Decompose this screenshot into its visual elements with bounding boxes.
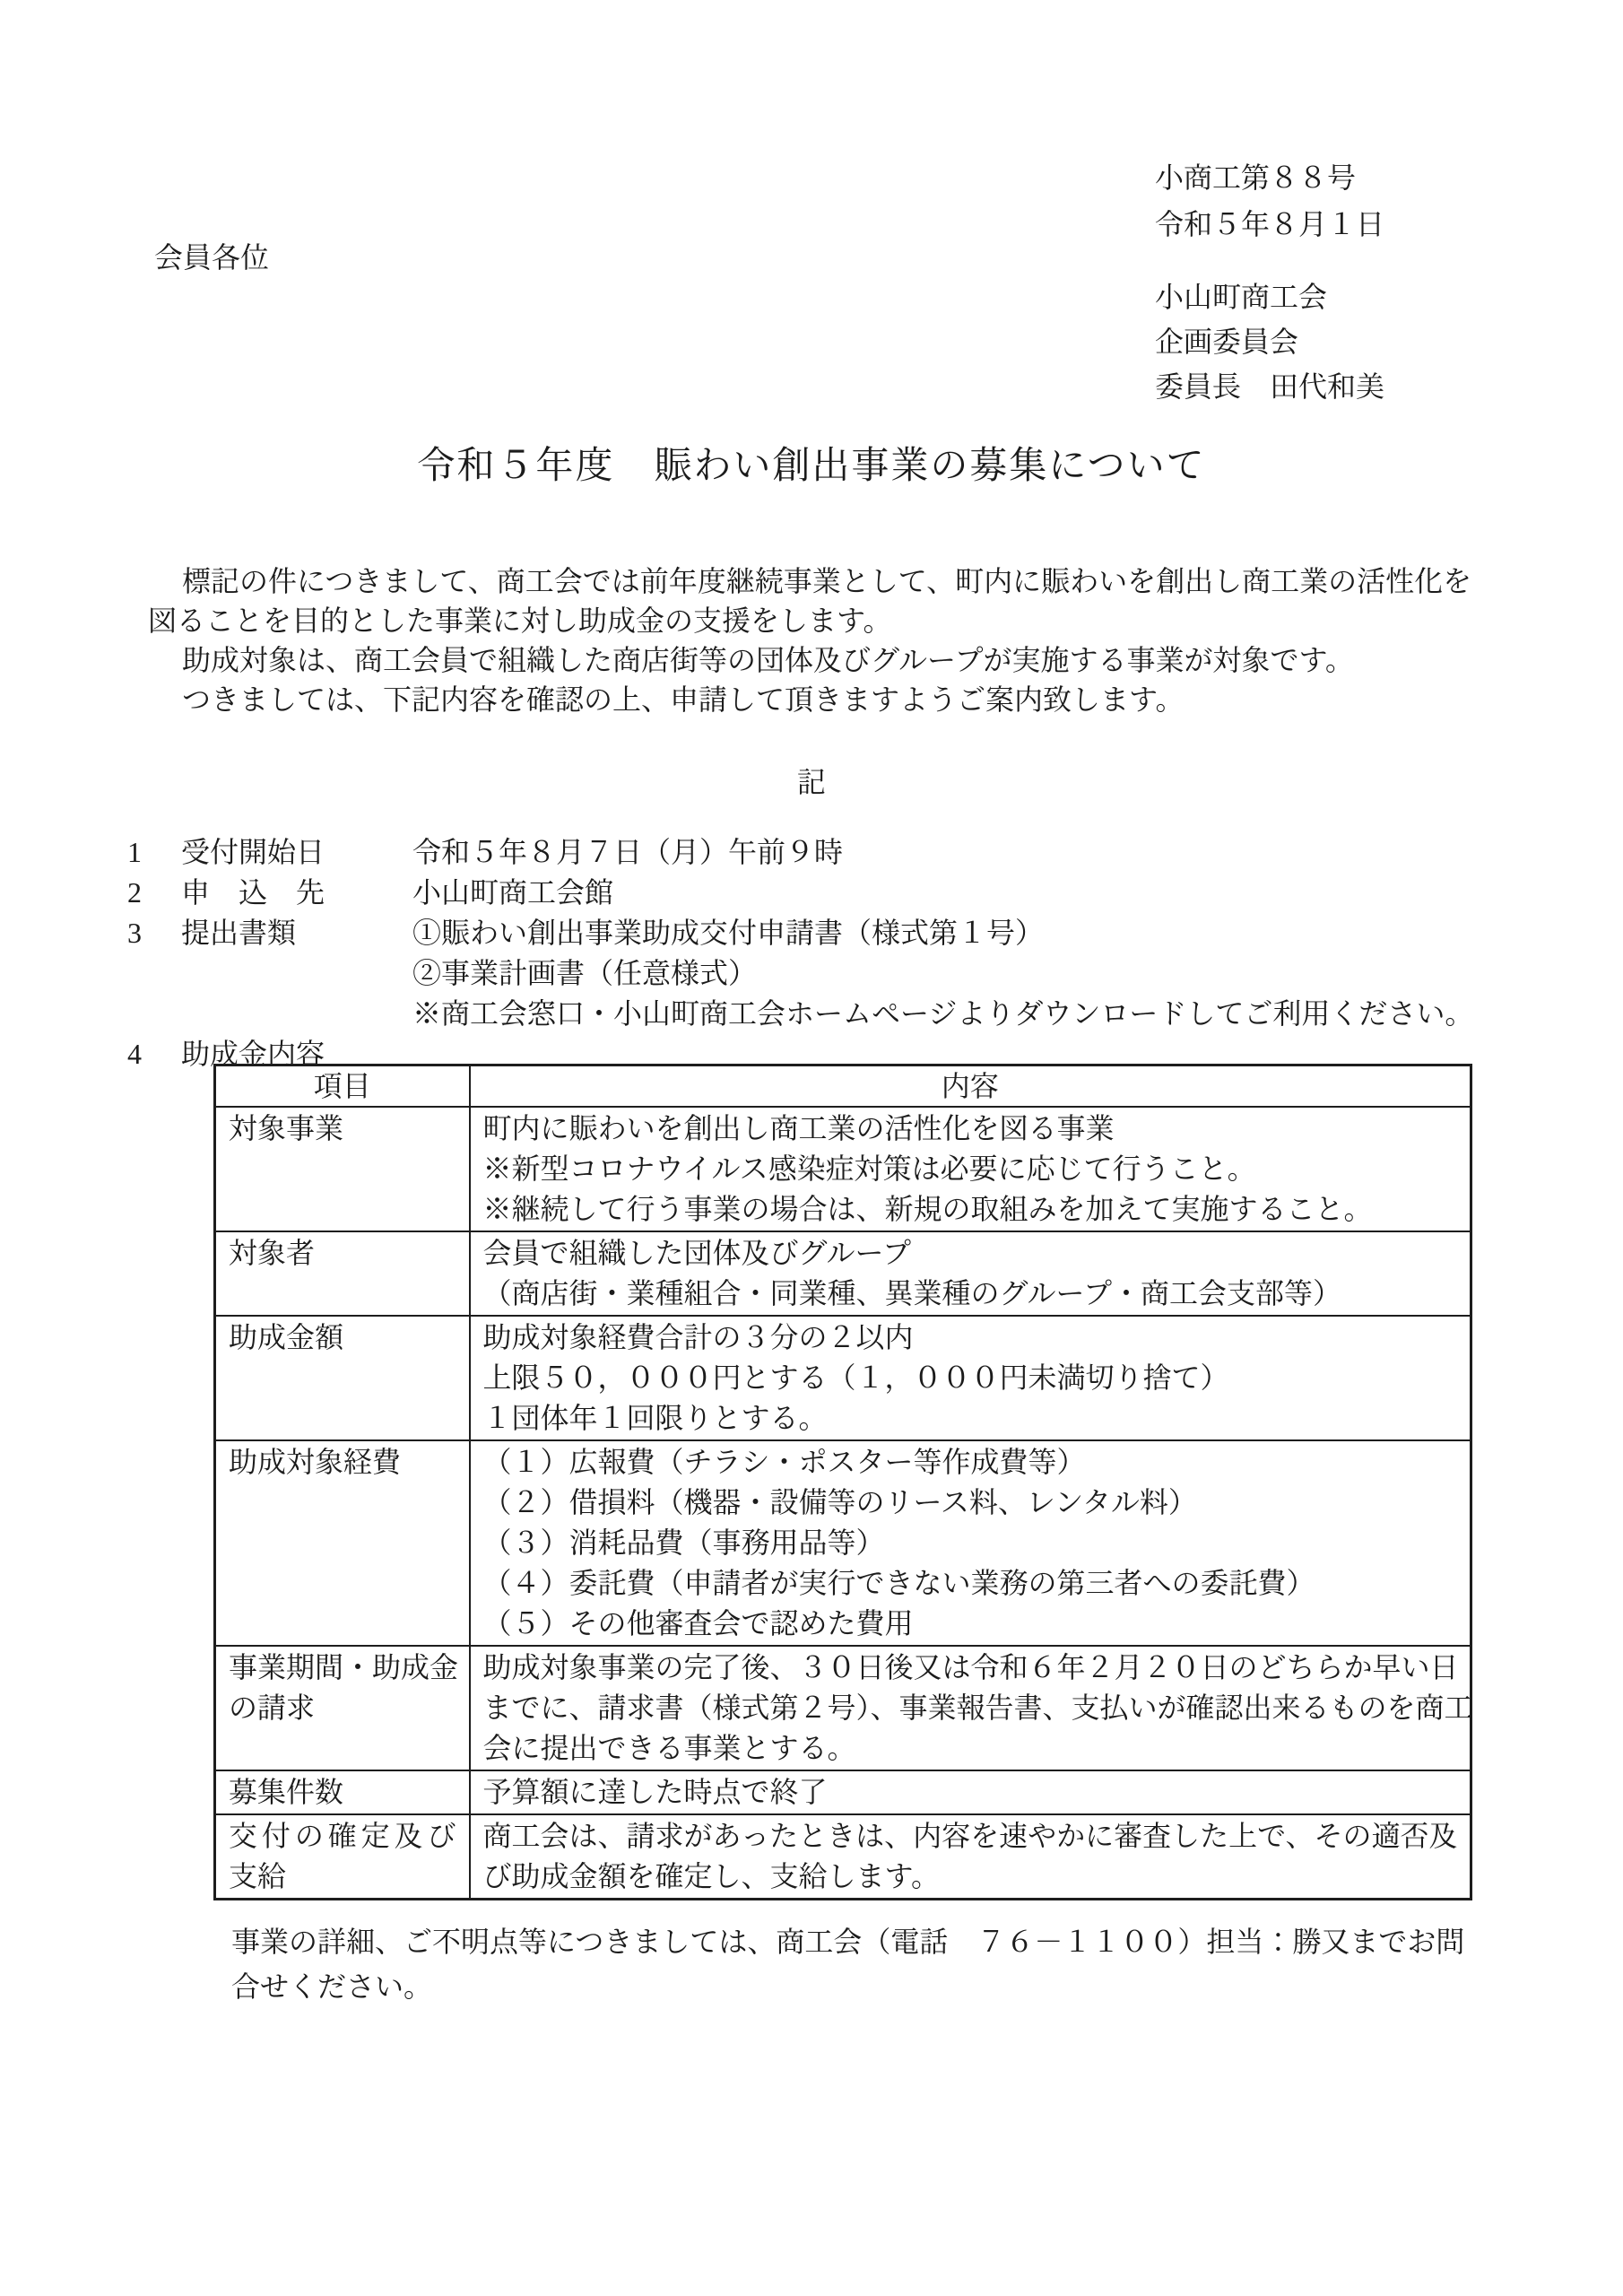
addressee: 会員各位	[154, 235, 269, 276]
sender-block: 小山町商工会 企画委員会 委員長 田代和美	[1155, 274, 1384, 409]
list-item-value-line: ①賑わい創出事業助成交付申請書（様式第１号）	[412, 913, 1508, 953]
list-item-number: 2	[127, 873, 181, 913]
table-cell-item-line: 対象事業	[229, 1109, 456, 1149]
sender-chairperson: 委員長 田代和美	[1155, 364, 1384, 409]
grant-table: 項目 内容 対象事業町内に賑わいを創出し商工業の活性化を図る事業※新型コロナウイ…	[213, 1064, 1472, 1900]
list-item-value-line: 小山町商工会館	[412, 873, 1508, 913]
table-cell-content-line: 町内に賑わいを創出し商工業の活性化を図る事業	[483, 1109, 1458, 1149]
table-row: 助成対象経費（１）広報費（チラシ・ポスター等作成費等）（２）借損料（機器・設備等…	[215, 1440, 1471, 1646]
table-cell-content: 町内に賑わいを創出し商工業の活性化を図る事業※新型コロナウイルス感染症対策は必要…	[470, 1107, 1471, 1231]
table-cell-item-line: 助成金額	[229, 1318, 456, 1358]
table-row: 事業期間・助成金の請求助成対象事業の完了後、３０日後又は令和６年２月２０日のどち…	[215, 1646, 1471, 1770]
list-item-value-line: ※商工会窓口・小山町商工会ホームページよりダウンロードしてご利用ください。	[412, 994, 1508, 1034]
numbered-list: 1受付開始日令和５年８月７日（月）午前９時2申込先小山町商工会館3提出書類①賑わ…	[127, 832, 1508, 1074]
table-cell-content-line: ※継続して行う事業の場合は、新規の取組みを加えて実施すること。	[483, 1189, 1458, 1230]
intro-paragraph: つきましては、下記内容を確認の上、申請して頂きますようご案内致します。	[148, 680, 1493, 719]
list-item: 3提出書類①賑わい創出事業助成交付申請書（様式第１号）②事業計画書（任意様式）※…	[127, 913, 1508, 1034]
list-item-value: ①賑わい創出事業助成交付申請書（様式第１号）②事業計画書（任意様式）※商工会窓口…	[412, 913, 1508, 1034]
table-row: 助成金額助成対象経費合計の３分の２以内上限５０，０００円とする（１，０００円未満…	[215, 1316, 1471, 1440]
list-item-value: 令和５年８月７日（月）午前９時	[412, 832, 1508, 873]
intro-paragraph: 助成対象は、商工会員で組織した商店街等の団体及びグループが実施する事業が対象です…	[148, 640, 1493, 680]
table-cell-content-line: までに、請求書（様式第２号）、事業報告書、支払いが確認出来るものを商工	[483, 1688, 1458, 1728]
list-item: 1受付開始日令和５年８月７日（月）午前９時	[127, 832, 1508, 873]
table-cell-content-line: 助成対象事業の完了後、３０日後又は令和６年２月２０日のどちらか早い日	[483, 1648, 1458, 1688]
list-item-value-line: 令和５年８月７日（月）午前９時	[412, 832, 1508, 873]
table-cell-content: （１）広報費（チラシ・ポスター等作成費等）（２）借損料（機器・設備等のリース料、…	[470, 1440, 1471, 1646]
table-cell-item: 募集件数	[215, 1770, 470, 1814]
table-cell-content-line: （商店街・業種組合・同業種、異業種のグループ・商工会支部等）	[483, 1274, 1458, 1314]
document-page: 小商工第８８号 令和５年８月１日 会員各位 小山町商工会 企画委員会 委員長 田…	[0, 0, 1623, 2296]
table-cell-item-line: 支給	[229, 1857, 456, 1897]
doc-number-block: 小商工第８８号 令和５年８月１日	[1155, 154, 1384, 248]
table-cell-item-line: 交付の確定及び	[229, 1816, 456, 1857]
table-cell-item: 対象事業	[215, 1107, 470, 1231]
table-cell-content-line: 予算額に達した時点で終了	[483, 1772, 1458, 1813]
intro-paragraph: 標記の件につきまして、商工会では前年度継続事業として、町内に賑わいを創出し商工業…	[148, 561, 1493, 640]
list-item: 2申込先小山町商工会館	[127, 873, 1508, 913]
table-row: 対象事業町内に賑わいを創出し商工業の活性化を図る事業※新型コロナウイルス感染症対…	[215, 1107, 1471, 1231]
table-cell-content-line: 会員で組織した団体及びグループ	[483, 1233, 1458, 1274]
table-cell-content: 予算額に達した時点で終了	[470, 1770, 1471, 1814]
table-cell-content-line: （５）その他審査会で認めた費用	[483, 1604, 1458, 1644]
list-item-label: 提出書類	[181, 913, 325, 1034]
doc-number: 小商工第８８号	[1155, 154, 1384, 201]
table-cell-content-line: 上限５０，０００円とする（１，０００円未満切り捨て）	[483, 1358, 1458, 1398]
table-row: 交付の確定及び支給商工会は、請求があったときは、内容を速やかに審査した上で、その…	[215, 1814, 1471, 1900]
table-cell-content: 助成対象経費合計の３分の２以内上限５０，０００円とする（１，０００円未満切り捨て…	[470, 1316, 1471, 1440]
table-cell-item: 助成金額	[215, 1316, 470, 1440]
sender-committee: 企画委員会	[1155, 319, 1384, 364]
table-cell-content-line: び助成金額を確定し、支給します。	[483, 1857, 1458, 1897]
list-item-number: 4	[127, 1034, 181, 1074]
list-item-number: 1	[127, 832, 181, 873]
table-cell-content-line: 助成対象経費合計の３分の２以内	[483, 1318, 1458, 1358]
list-item-value: 小山町商工会館	[412, 873, 1508, 913]
table-cell-content-line: （４）委託費（申請者が実行できない業務の第三者への委託費）	[483, 1563, 1458, 1604]
table-header-row: 項目 内容	[215, 1065, 1471, 1108]
intro-paragraphs: 標記の件につきまして、商工会では前年度継続事業として、町内に賑わいを創出し商工業…	[148, 561, 1493, 719]
table-row: 募集件数予算額に達した時点で終了	[215, 1770, 1471, 1814]
page-title: 令和５年度 賑わい創出事業の募集について	[0, 443, 1623, 490]
table-cell-item-line: の請求	[229, 1688, 456, 1728]
table-cell-item-line: 募集件数	[229, 1772, 456, 1813]
table-cell-item-line: 助成対象経費	[229, 1442, 456, 1483]
list-item-label: 受付開始日	[181, 832, 325, 873]
table-cell-item: 助成対象経費	[215, 1440, 470, 1646]
table-cell-content-line: 商工会は、請求があったときは、内容を速やかに審査した上で、その適否及	[483, 1816, 1458, 1857]
sender-organization: 小山町商工会	[1155, 274, 1384, 319]
table-cell-content-line: （１）広報費（チラシ・ポスター等作成費等）	[483, 1442, 1458, 1483]
table-cell-content-line: １団体年１回限りとする。	[483, 1398, 1458, 1439]
table-cell-content-line: （３）消耗品費（事務用品等）	[483, 1523, 1458, 1563]
table-header-content: 内容	[470, 1065, 1471, 1108]
table-cell-content: 会員で組織した団体及びグループ（商店街・業種組合・同業種、異業種のグループ・商工…	[470, 1231, 1471, 1316]
table-cell-content-line: 会に提出できる事業とする。	[483, 1728, 1458, 1769]
table-row: 対象者会員で組織した団体及びグループ（商店街・業種組合・同業種、異業種のグループ…	[215, 1231, 1471, 1316]
table-cell-item: 事業期間・助成金の請求	[215, 1646, 470, 1770]
table-cell-item-line: 事業期間・助成金	[229, 1648, 456, 1688]
table-cell-item: 対象者	[215, 1231, 470, 1316]
table-cell-content-line: （２）借損料（機器・設備等のリース料、レンタル料）	[483, 1483, 1458, 1523]
table-cell-content-line: ※新型コロナウイルス感染症対策は必要に応じて行うこと。	[483, 1149, 1458, 1189]
table-cell-item: 交付の確定及び支給	[215, 1814, 470, 1900]
list-item-number: 3	[127, 913, 181, 1034]
table-cell-content: 助成対象事業の完了後、３０日後又は令和６年２月２０日のどちらか早い日までに、請求…	[470, 1646, 1471, 1770]
table-header-item: 項目	[215, 1065, 470, 1108]
table-cell-item-line: 対象者	[229, 1233, 456, 1274]
list-item-value-line: ②事業計画書（任意様式）	[412, 953, 1508, 994]
doc-date: 令和５年８月１日	[1155, 201, 1384, 248]
list-item-label: 申込先	[181, 873, 325, 913]
table-cell-content: 商工会は、請求があったときは、内容を速やかに審査した上で、その適否及び助成金額を…	[470, 1814, 1471, 1900]
footer-note: 事業の詳細、ご不明点等につきましては、商工会（電話 ７６－１１００）担当：勝又ま…	[231, 1919, 1487, 2009]
note-marker: 記	[0, 762, 1623, 802]
